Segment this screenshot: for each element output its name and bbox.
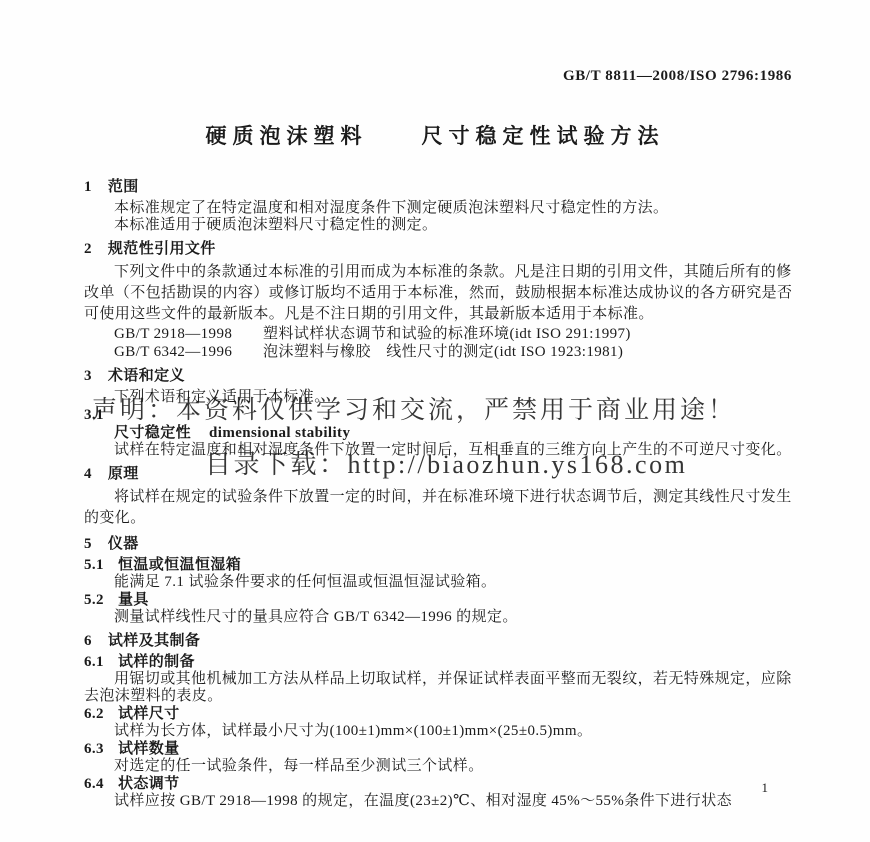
document-page: GB/T 8811—2008/ISO 2796:1986 硬质泡沫塑料 尺寸稳定… bbox=[0, 0, 870, 842]
subsection-number: 6.3 bbox=[84, 741, 104, 757]
section-heading-terms-definitions: 3术语和定义 bbox=[84, 367, 796, 385]
paragraph-measuring-tools: 测量试样线性尺寸的量具应符合 GB/T 6342—1996 的规定。 bbox=[84, 609, 796, 626]
section-number: 1 bbox=[84, 179, 92, 195]
section-title: 原理 bbox=[108, 466, 139, 482]
subsection-title: 试样数量 bbox=[118, 741, 180, 757]
paragraph-specimen-quantity: 对选定的任一试验条件，每一样品至少测试三个试样。 bbox=[84, 758, 796, 775]
section-heading-normative-references: 2规范性引用文件 bbox=[84, 240, 796, 258]
subsection-heading-6-3: 6.3试样数量 bbox=[84, 741, 796, 758]
document-body: 1范围 本标准规定了在特定温度和相对湿度条件下测定硬质泡沫塑料尺寸稳定性的方法。… bbox=[84, 172, 796, 810]
section-title: 试样及其制备 bbox=[108, 633, 200, 649]
subsection-title: 试样尺寸 bbox=[118, 706, 180, 722]
section-heading-scope: 1范围 bbox=[84, 178, 796, 196]
subsection-title: 量具 bbox=[118, 592, 149, 608]
subsection-heading-6-1: 6.1试样的制备 bbox=[84, 654, 796, 671]
section-number: 3 bbox=[84, 368, 92, 384]
subsection-number: 6.4 bbox=[84, 776, 104, 792]
term-english: dimensional stability bbox=[209, 425, 350, 441]
watermark-disclaimer: 声明：本资料仅供学习和交流，严禁用于商业用途！ bbox=[92, 390, 736, 426]
subsection-heading-6-4: 6.4状态调节 bbox=[84, 776, 796, 793]
section-number: 6 bbox=[84, 633, 92, 649]
paragraph-specimen-dimensions: 试样为长方体，试样最小尺寸为(100±1)mm×(100±1)mm×(25±0.… bbox=[84, 723, 796, 740]
section-title: 范围 bbox=[108, 179, 139, 195]
reference-gbt-6342: GB/T 6342—1996 泡沫塑料与橡胶 线性尺寸的测定(idt ISO 1… bbox=[84, 343, 796, 361]
subsection-heading-6-2: 6.2试样尺寸 bbox=[84, 706, 796, 723]
subsection-title: 试样的制备 bbox=[118, 654, 195, 670]
paragraph-chamber: 能满足 7.1 试验条件要求的任何恒温或恒温恒湿试验箱。 bbox=[84, 574, 796, 591]
subsection-number: 5.1 bbox=[84, 557, 104, 573]
standard-code: GB/T 8811—2008/ISO 2796:1986 bbox=[563, 68, 792, 85]
section-title: 术语和定义 bbox=[108, 368, 185, 384]
reference-gbt-2918: GB/T 2918—1998 塑料试样状态调节和试验的标准环境(idt ISO … bbox=[84, 325, 796, 343]
watermark-download-url: 目录下载：http://biaozhun.ys168.com bbox=[205, 444, 687, 481]
term-heading: 尺寸稳定性dimensional stability bbox=[84, 425, 796, 442]
section-number: 4 bbox=[84, 466, 92, 482]
subsection-heading-5-1: 5.1恒温或恒温恒湿箱 bbox=[84, 557, 796, 574]
term-chinese: 尺寸稳定性 bbox=[114, 425, 191, 441]
paragraph-conditioning: 试样应按 GB/T 2918—1998 的规定，在温度(23±2)℃、相对湿度 … bbox=[84, 793, 796, 810]
section-number: 2 bbox=[84, 241, 92, 257]
paragraph-normative-references: 下列文件中的条款通过本标准的引用而成为本标准的条款。凡是注日期的引用文件，其随后… bbox=[84, 262, 796, 325]
section-title: 规范性引用文件 bbox=[108, 241, 216, 257]
section-title: 仪器 bbox=[108, 536, 139, 552]
paragraph-specimen-preparation: 用锯切或其他机械加工方法从样品上切取试样，并保证试样表面平整而无裂纹，若无特殊规… bbox=[84, 671, 796, 705]
subsection-heading-5-2: 5.2量具 bbox=[84, 592, 796, 609]
page-number: 1 bbox=[762, 780, 769, 796]
page-title: 硬质泡沫塑料 尺寸稳定性试验方法 bbox=[0, 120, 870, 150]
section-heading-specimens: 6试样及其制备 bbox=[84, 632, 796, 650]
subsection-title: 恒温或恒温恒湿箱 bbox=[118, 557, 241, 573]
paragraph-scope-2: 本标准适用于硬质泡沫塑料尺寸稳定性的测定。 bbox=[84, 217, 796, 234]
subsection-number: 5.2 bbox=[84, 592, 104, 608]
paragraph-scope-1: 本标准规定了在特定温度和相对湿度条件下测定硬质泡沫塑料尺寸稳定性的方法。 bbox=[84, 200, 796, 217]
section-heading-apparatus: 5仪器 bbox=[84, 535, 796, 553]
paragraph-principle: 将试样在规定的试验条件下放置一定的时间，并在标准环境下进行状态调节后，测定其线性… bbox=[84, 487, 796, 529]
subsection-title: 状态调节 bbox=[118, 776, 180, 792]
subsection-number: 6.1 bbox=[84, 654, 104, 670]
section-number: 5 bbox=[84, 536, 92, 552]
subsection-number: 6.2 bbox=[84, 706, 104, 722]
